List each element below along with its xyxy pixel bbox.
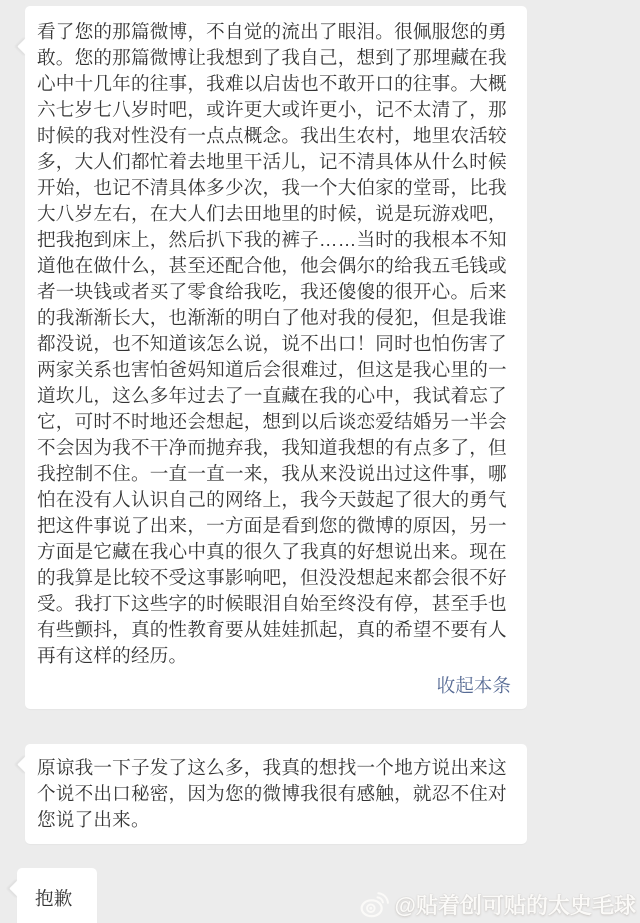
collapse-row: 收起本条 xyxy=(37,675,511,697)
message-text: 抱歉 xyxy=(35,886,97,912)
message-bubble-long: 看了您的那篇微博，不自觉的流出了眼泪。很佩服您的勇敢。您的那篇微博让我想到了我自… xyxy=(25,6,527,709)
weibo-logo-icon xyxy=(360,891,390,918)
bubble-tail xyxy=(17,755,35,773)
bubble-tail xyxy=(9,879,27,897)
message-text: 看了您的那篇微博，不自觉的流出了眼泪。很佩服您的勇敢。您的那篇微博让我想到了我自… xyxy=(37,19,511,669)
weibo-watermark: @贴着创可贴的太史毛球 xyxy=(360,889,636,920)
chat-conversation: 看了您的那篇微博，不自觉的流出了眼泪。很佩服您的勇敢。您的那篇微博让我想到了我自… xyxy=(0,6,640,923)
bubble-tail xyxy=(17,37,35,55)
watermark-username: @贴着创可贴的太史毛球 xyxy=(395,889,636,920)
message-bubble-apology-intro: 原谅我一下子发了这么多，我真的想找一个地方说出来这个说不出口秘密，因为您的微博我… xyxy=(25,744,527,844)
message-bubble-sorry: 抱歉 xyxy=(17,868,97,923)
message-text: 原谅我一下子发了这么多，我真的想找一个地方说出来这个说不出口秘密，因为您的微博我… xyxy=(37,755,511,833)
collapse-link[interactable]: 收起本条 xyxy=(437,675,511,697)
